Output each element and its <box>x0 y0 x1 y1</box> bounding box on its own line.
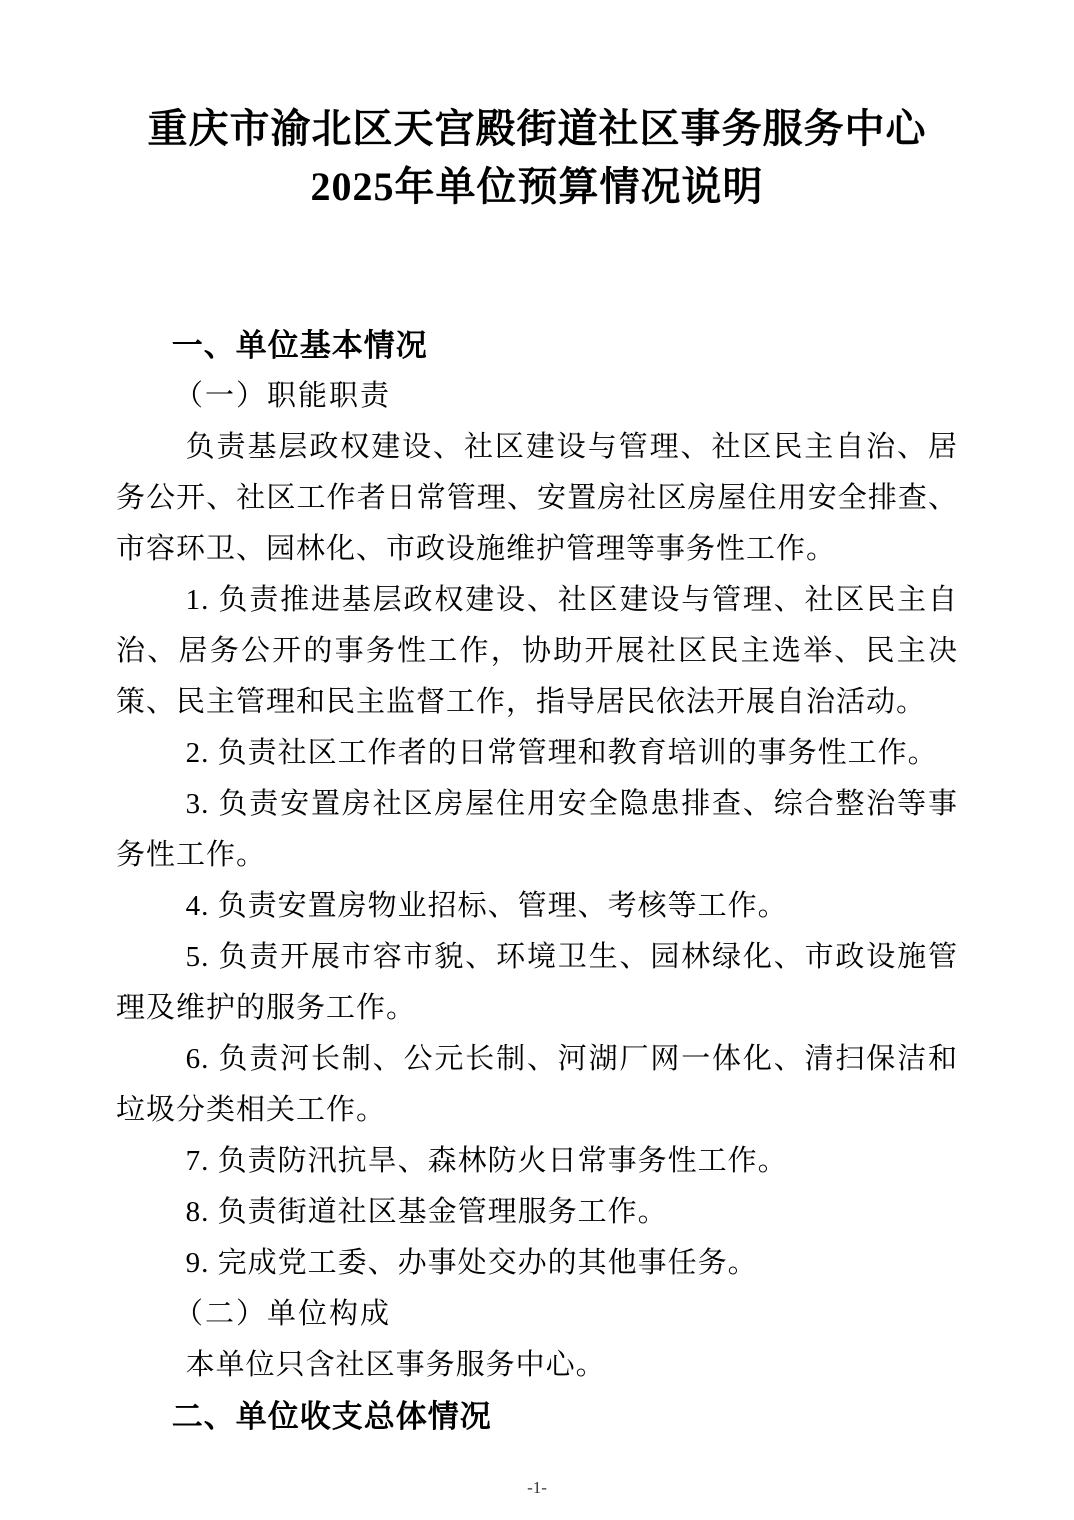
duty-item-9: 9. 完成党工委、办事处交办的其他事任务。 <box>116 1238 958 1289</box>
duty-item-5: 5. 负责开展市容市貌、环境卫生、园林绿化、市政设施管理及维护的服务工作。 <box>116 932 958 1034</box>
duty-item-1: 1. 负责推进基层政权建设、社区建设与管理、社区民主自治、居务公开的事务性工作，… <box>116 575 958 728</box>
document-title-line2: 2025年单位预算情况说明 <box>0 158 1074 216</box>
duty-item-2: 2. 负责社区工作者的日常管理和教育培训的事务性工作。 <box>116 728 958 779</box>
paragraph-duties-intro: 负责基层政权建设、社区建设与管理、社区民主自治、居务公开、社区工作者日常管理、安… <box>116 422 958 575</box>
paragraph-composition: 本单位只含社区事务服务中心。 <box>116 1340 958 1391</box>
section-heading-revenue-expenditure: 二、单位收支总体情况 <box>116 1391 958 1442</box>
subsection-heading-duties: （一）职能职责 <box>116 371 958 422</box>
document-title-line1: 重庆市渝北区天宫殿街道社区事务服务中心 <box>0 100 1074 158</box>
duty-item-7: 7. 负责防汛抗旱、森林防火日常事务性工作。 <box>116 1136 958 1187</box>
duty-item-4: 4. 负责安置房物业招标、管理、考核等工作。 <box>116 881 958 932</box>
document-page: 重庆市渝北区天宫殿街道社区事务服务中心 2025年单位预算情况说明 一、单位基本… <box>0 0 1074 1520</box>
subsection-heading-composition: （二）单位构成 <box>116 1289 958 1340</box>
duty-item-6: 6. 负责河长制、公元长制、河湖厂网一体化、清扫保洁和垃圾分类相关工作。 <box>116 1034 958 1136</box>
section-heading-basic-info: 一、单位基本情况 <box>116 320 958 371</box>
page-number: -1- <box>0 1478 1074 1498</box>
duty-item-3: 3. 负责安置房社区房屋住用安全隐患排查、综合整治等事务性工作。 <box>116 779 958 881</box>
document-title: 重庆市渝北区天宫殿街道社区事务服务中心 2025年单位预算情况说明 <box>0 0 1074 216</box>
duty-item-8: 8. 负责街道社区基金管理服务工作。 <box>116 1187 958 1238</box>
document-body: 一、单位基本情况 （一）职能职责 负责基层政权建设、社区建设与管理、社区民主自治… <box>0 320 1074 1442</box>
